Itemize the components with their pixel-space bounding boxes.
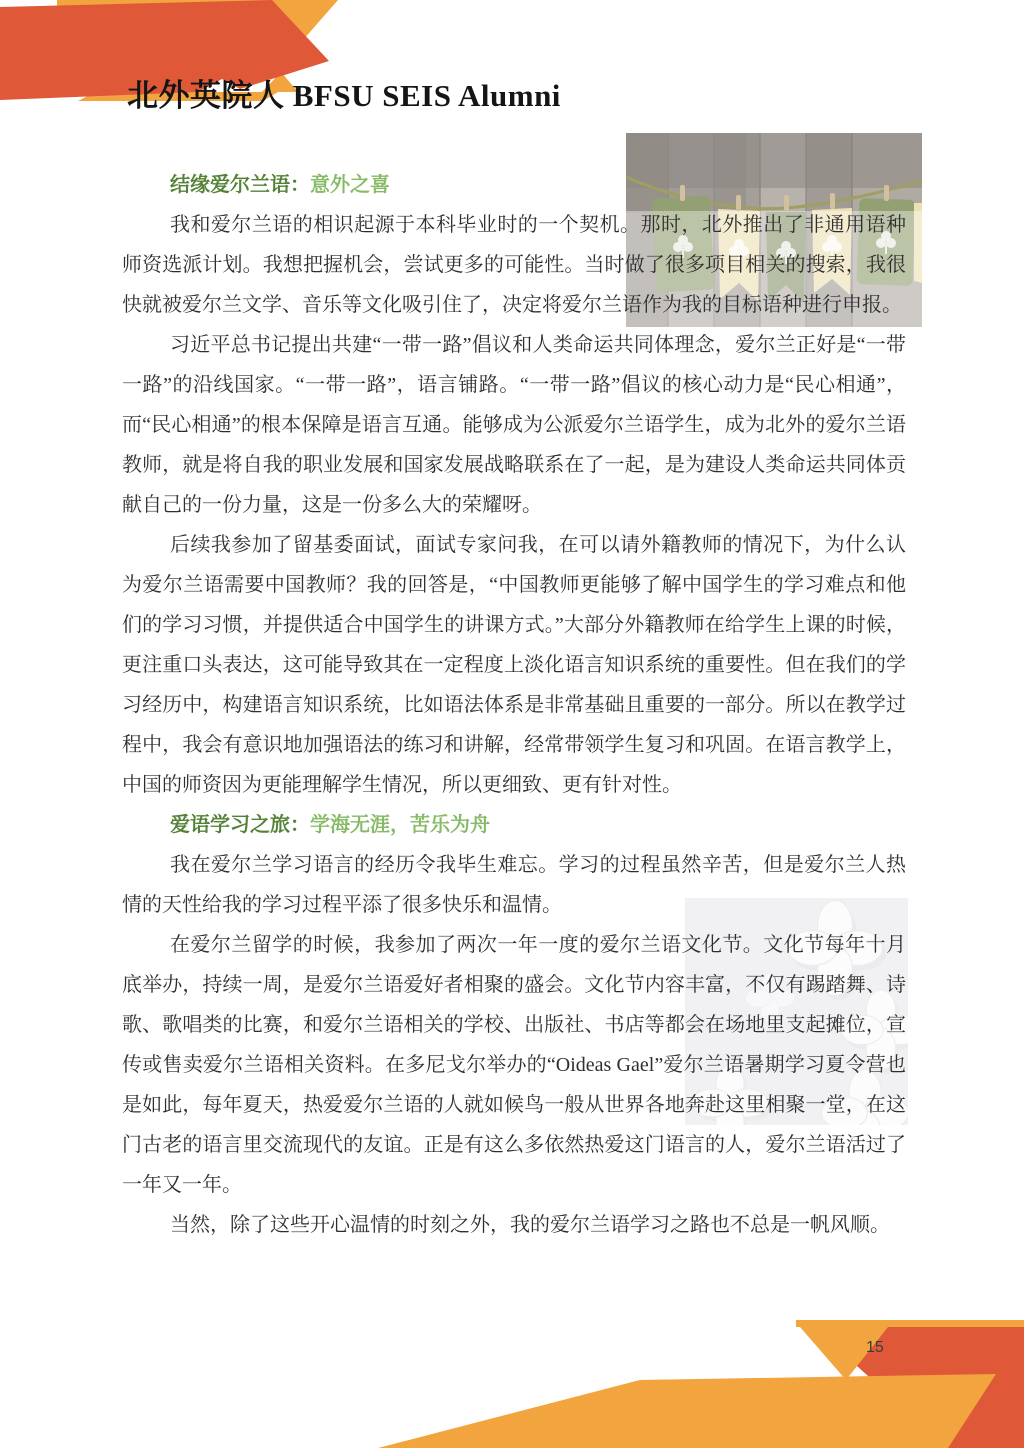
page-number: 15 (866, 1339, 884, 1357)
section-1-heading-secondary: 意外之喜 (310, 174, 390, 196)
article-paragraph: 习近平总书记提出共建“一带一路”倡议和人类命运共同体理念，爱尔兰正好是“一带一路… (122, 325, 906, 525)
article-paragraph: 当然，除了这些开心温情的时刻之外，我的爱尔兰语学习之路也不总是一帆风顺。 (122, 1205, 906, 1245)
amber-band-shape (57, 0, 338, 48)
amber-band-bottom-shape (378, 1374, 996, 1448)
magazine-page: 北外英院人 BFSU SEIS Alumni (0, 0, 1024, 1448)
page-title: 北外英院人 BFSU SEIS Alumni (127, 78, 887, 114)
page-title-cn: 北外英院人 (127, 78, 285, 113)
article-paragraph: 我在爱尔兰学习语言的经历令我毕生难忘。学习的过程虽然辛苦，但是爱尔兰人热情的天性… (122, 845, 906, 925)
amber-strip-shape (796, 1320, 1024, 1327)
page-title-en: BFSU SEIS Alumni (293, 78, 561, 113)
section-2-heading-secondary: 学海无涯，苦乐为舟 (310, 814, 490, 836)
section-2-heading-primary: 爱语学习之旅： (170, 814, 310, 836)
article-paragraph: 后续我参加了留基委面试，面试专家问我，在可以请外籍教师的情况下，为什么认为爱尔兰… (122, 525, 906, 805)
section-heading-1: 结缘爱尔兰语：意外之喜 (122, 165, 906, 205)
article-body: 结缘爱尔兰语：意外之喜 我和爱尔兰语的相识起源于本科毕业时的一个契机。那时，北外… (122, 165, 906, 1245)
bottom-corner-decoration (0, 1318, 1024, 1448)
red-corner-shape (808, 1322, 1024, 1448)
article-paragraph: 在爱尔兰留学的时候，我参加了两次一年一度的爱尔兰语文化节。文化节每年十月底举办，… (122, 925, 906, 1205)
article-paragraph: 我和爱尔兰语的相识起源于本科毕业时的一个契机。那时，北外推出了非通用语种师资选派… (122, 205, 906, 325)
section-heading-2: 爱语学习之旅：学海无涯，苦乐为舟 (122, 805, 906, 845)
section-1-heading-primary: 结缘爱尔兰语： (170, 174, 310, 196)
